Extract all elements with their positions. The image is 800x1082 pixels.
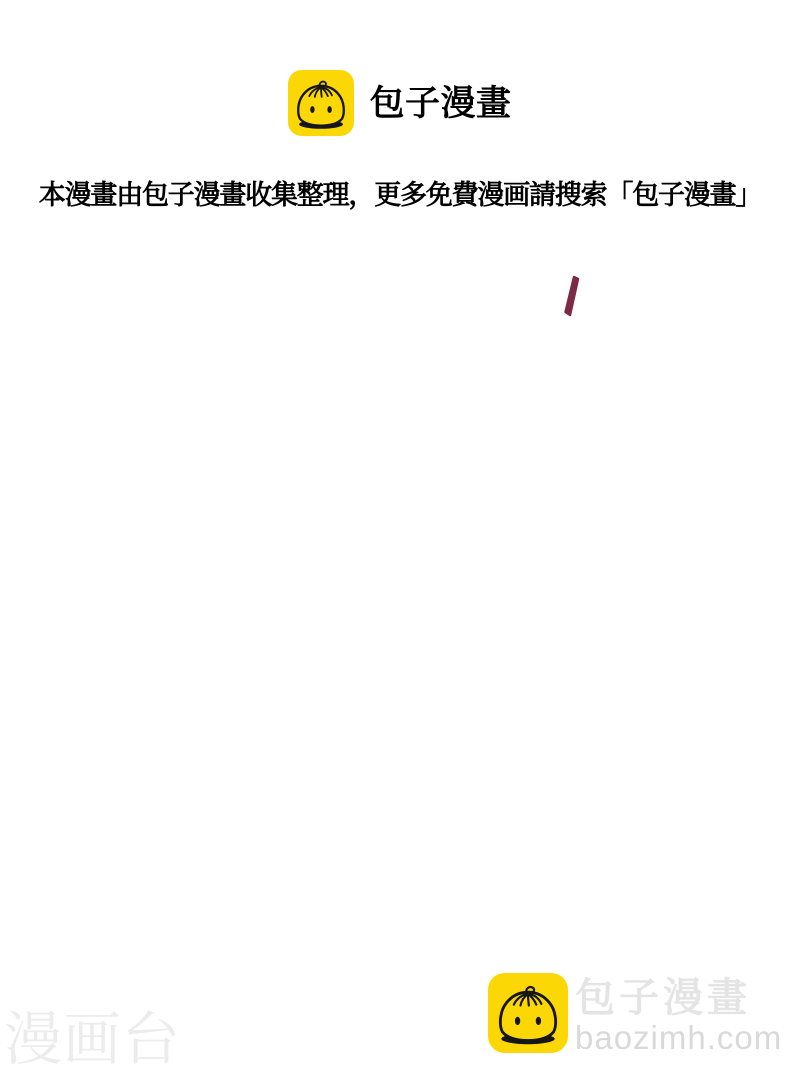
footer-brand-name: 包子漫畫 [575,976,782,1020]
collection-notice-text: 本漫畫由包子漫畫收集整理，更多免費漫画請搜索「包子漫畫」 [0,181,800,211]
comic-page: 包子漫畫 本漫畫由包子漫畫收集整理，更多免費漫画請搜索「包子漫畫」 [0,0,800,1082]
ink-stroke-mark [562,275,580,318]
footer-website-url: baozimh.com [575,1020,782,1056]
baozi-mascot-icon [288,69,354,137]
footer-brand-text: 包子漫畫 baozimh.com [575,976,782,1056]
header-brand-name: 包子漫畫 [369,86,511,121]
baozi-mascot-icon [488,973,568,1053]
header-brand: 包子漫畫 [0,69,800,137]
footer-brand: 包子漫畫 baozimh.com [488,973,782,1056]
watermark-text: 漫画台 [4,1008,181,1072]
